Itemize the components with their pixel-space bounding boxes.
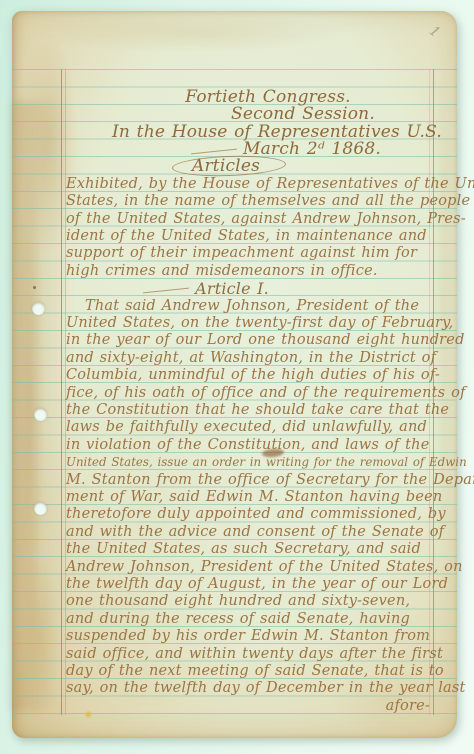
manuscript-line: Andrew Johnson, President of the United … <box>66 559 463 577</box>
manuscript-line-text: That said Andrew Johnson, President of t… <box>85 298 419 315</box>
manuscript-line-text: theretofore duly appointed and commissio… <box>66 506 446 523</box>
manuscript-line-text: States, in the name of themselves and al… <box>66 193 470 210</box>
manuscript-line: United States, on the twenty-first day o… <box>66 315 453 333</box>
document-page: 1 Fortieth Congress.Second Session.In th… <box>12 11 457 738</box>
manuscript-line-text: high crimes and misdemeanors in office. <box>66 263 378 280</box>
manuscript-line: one thousand eight hundred and sixty-sev… <box>66 593 410 611</box>
manuscript-line-text: Columbia, unmindful of the high duties o… <box>66 367 440 384</box>
punch-hole-top <box>32 302 45 315</box>
manuscript-line: and during the recess of said Senate, ha… <box>66 611 410 629</box>
manuscript-line-text: day of the next meeting of said Senate, … <box>66 663 444 680</box>
ink-speck <box>33 286 36 289</box>
manuscript-line: Articles <box>36 158 416 176</box>
manuscript-line: M. Stanton from the office of Secretary … <box>66 472 474 490</box>
manuscript-line: and with the advice and consent of the S… <box>66 524 444 542</box>
manuscript-line-text: say, on the twelfth day of December in t… <box>66 680 466 697</box>
manuscript-line-text: United States, on the twenty-first day o… <box>66 315 453 332</box>
manuscript-line-text: United States, issue an order in writing… <box>66 454 467 471</box>
manuscript-line-text: afore- <box>386 698 430 715</box>
manuscript-line: ment of War, said Edwin M. Stanton havin… <box>66 489 442 507</box>
manuscript-line-text: in the year of our Lord one thousand eig… <box>66 332 465 349</box>
manuscript-line: said office, and within twenty days afte… <box>66 646 443 664</box>
manuscript-line: United States, issue an order in writing… <box>66 454 467 472</box>
punch-hole-bottom <box>34 502 47 515</box>
manuscript-line: in the year of our Lord one thousand eig… <box>66 332 465 350</box>
manuscript-line: March 2ᵈ 1868. <box>122 141 474 159</box>
manuscript-line-text: of the United States, against Andrew Joh… <box>66 211 466 228</box>
manuscript-line: suspended by his order Edwin M. Stanton … <box>66 628 430 646</box>
manuscript-line-text: and with the advice and consent of the S… <box>66 524 444 541</box>
yellow-stain-dot <box>85 711 92 718</box>
manuscript-line: theretofore duly appointed and commissio… <box>66 506 446 524</box>
manuscript-line-text: Articles <box>192 158 260 175</box>
manuscript-line-text: suspended by his order Edwin M. Stanton … <box>66 628 430 645</box>
manuscript-line-text: in violation of the Constitution, and la… <box>66 437 430 454</box>
manuscript-line-text: the twelfth day of August, in the year o… <box>66 576 448 593</box>
manuscript-line-text: ident of the United States, in maintenan… <box>66 228 427 245</box>
manuscript-line-text: laws be faithfully executed, did unlawfu… <box>66 419 427 436</box>
manuscript-line-text: the United States, as such Secretary, an… <box>66 541 421 558</box>
manuscript-line-text: March 2ᵈ 1868. <box>243 141 381 158</box>
manuscript-line: and sixty-eight, at Washington, in the D… <box>66 350 436 368</box>
manuscript-line: ident of the United States, in maintenan… <box>66 228 427 246</box>
manuscript-line-text: ment of War, said Edwin M. Stanton havin… <box>66 489 442 506</box>
manuscript-line: laws be faithfully executed, did unlawfu… <box>66 419 427 437</box>
manuscript-line: day of the next meeting of said Senate, … <box>66 663 444 681</box>
manuscript-line-text: Andrew Johnson, President of the United … <box>66 559 463 576</box>
manuscript-line: afore- <box>386 698 430 716</box>
manuscript-line: say, on the twelfth day of December in t… <box>66 680 466 698</box>
manuscript-line: That said Andrew Johnson, President of t… <box>85 298 419 316</box>
manuscript-line: of the United States, against Andrew Joh… <box>66 211 466 229</box>
manuscript-line: the twelfth day of August, in the year o… <box>66 576 448 594</box>
manuscript-line: States, in the name of themselves and al… <box>66 193 470 211</box>
manuscript-line-text: and during the recess of said Senate, ha… <box>66 611 410 628</box>
manuscript-line: high crimes and misdemeanors in office. <box>66 263 378 281</box>
punch-hole-middle <box>34 408 47 421</box>
manuscript-line-text: Second Session. <box>231 106 375 123</box>
manuscript-line: the United States, as such Secretary, an… <box>66 541 421 559</box>
manuscript-line: fice, of his oath of office and of the r… <box>66 385 466 403</box>
manuscript-line: support of their impeachment against him… <box>66 245 417 263</box>
page-number-mark: 1 <box>426 23 443 41</box>
manuscript-line-text: one thousand eight hundred and sixty-sev… <box>66 593 410 610</box>
manuscript-line: Exhibited, by the House of Representativ… <box>66 176 474 194</box>
manuscript-line-text: Exhibited, by the House of Representativ… <box>66 176 474 193</box>
manuscript-line-text: the Constitution that he should take car… <box>66 402 449 419</box>
manuscript-line-text: M. Stanton from the office of Secretary … <box>66 472 474 489</box>
manuscript-line-text: and sixty-eight, at Washington, in the D… <box>66 350 436 367</box>
manuscript-line-text: Article I. <box>195 280 269 297</box>
manuscript-line-text: fice, of his oath of office and of the r… <box>66 385 466 402</box>
manuscript-line-text: said office, and within twenty days afte… <box>66 646 443 663</box>
manuscript-line: Article I. <box>42 280 422 298</box>
scanned-manuscript-view: { "page": { "page_mark": "1" }, "colors"… <box>0 0 474 754</box>
manuscript-line-text: support of their impeachment against him… <box>66 245 417 262</box>
manuscript-line: the Constitution that he should take car… <box>66 402 449 420</box>
manuscript-line: Columbia, unmindful of the high duties o… <box>66 367 440 385</box>
manuscript-line: in violation of the Constitution, and la… <box>66 437 430 455</box>
